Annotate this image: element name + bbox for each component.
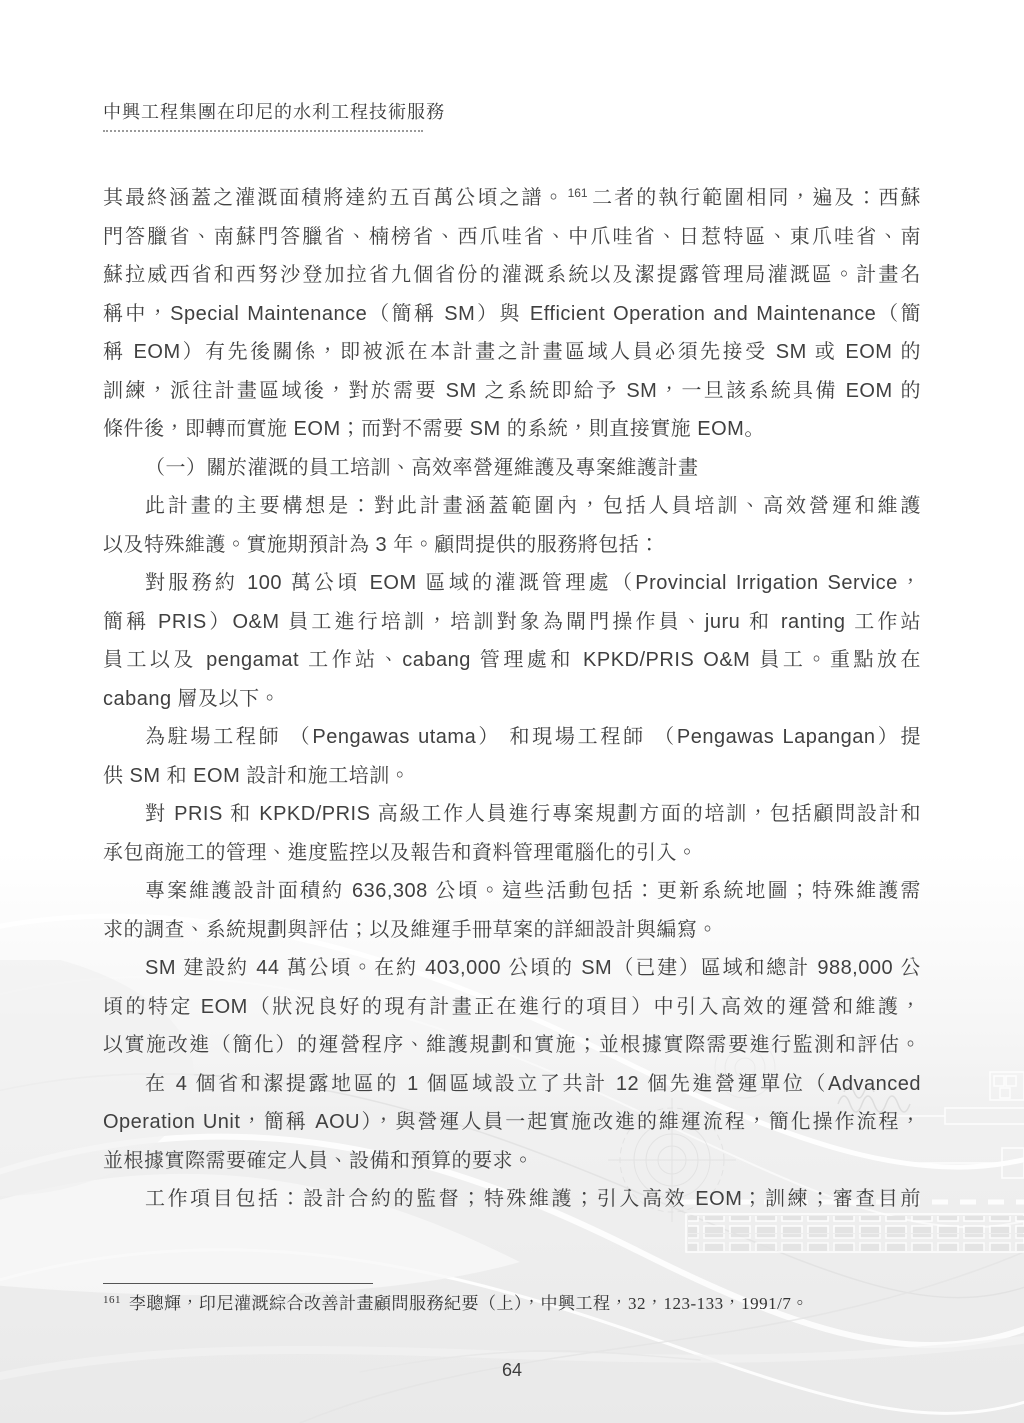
body-text: 其最終涵蓋之灌溉面積將達約五百萬公頃之譜。161二者的執行範圍相同，遍及：西蘇 … <box>103 179 921 1219</box>
footnote: 161李聰輝，印尼灌溉綜合改善計畫顧問服務紀要（上），中興工程，32，123-1… <box>103 1291 921 1317</box>
body-line: 此計畫的主要構想是：對此計畫涵蓋範圍內，包括人員培訓、高效營運和維護 <box>103 487 921 526</box>
body-line: 承包商施工的管理、進度監控以及報告和資料管理電腦化的引入。 <box>103 834 921 873</box>
footnote-marker: 161 <box>103 1294 121 1306</box>
body-line: 頃的特定 EOM（狀況良好的現有計畫正在進行的項目）中引入高效的運營和維護， <box>103 988 921 1027</box>
body-line: 求的調查、系統規劃與評估；以及維運手冊草案的詳細設計與編寫。 <box>103 911 921 950</box>
section-heading: （一）關於灌溉的員工培訓、高效率營運維護及專案維護計畫 <box>103 449 921 488</box>
footnote-reference: 161 <box>568 186 588 200</box>
body-line: 工作項目包括：設計合約的監督；特殊維護；引入高效 EOM；訓練；審查目前 <box>103 1180 921 1219</box>
body-line: 蘇拉威西省和西努沙登加拉省九個省份的灌溉系統以及潔提露管理局灌溉區。計畫名 <box>103 256 921 295</box>
body-line: 訓練，派往計畫區域後，對於需要 SM 之系統即給予 SM，一旦該系統具備 EOM… <box>103 372 921 411</box>
body-line: 為駐場工程師 （Pengawas utama） 和現場工程師 （Pengawas… <box>103 718 921 757</box>
page-content: 中興工程集團在印尼的水利工程技術服務 其最終涵蓋之灌溉面積將達約五百萬公頃之譜。… <box>0 0 1024 1423</box>
body-line: 供 SM 和 EOM 設計和施工培訓。 <box>103 757 921 796</box>
body-line: 簡稱 PRIS）O&M 員工進行培訓，培訓對象為閘門操作員、juru 和 ran… <box>103 603 921 642</box>
footnote-text: 李聰輝，印尼灌溉綜合改善計畫顧問服務紀要（上），中興工程，32，123-133，… <box>129 1294 809 1313</box>
body-line: cabang 層及以下。 <box>103 680 921 719</box>
body-line: 其最終涵蓋之灌溉面積將達約五百萬公頃之譜。161二者的執行範圍相同，遍及：西蘇 <box>103 179 921 218</box>
header-dotted-rule <box>103 130 423 132</box>
page-number: 64 <box>0 1360 1024 1381</box>
body-line: SM 建設約 44 萬公頃。在約 403,000 公頃的 SM（已建）區域和總計… <box>103 949 921 988</box>
body-line: 並根據實際需要確定人員、設備和預算的要求。 <box>103 1142 921 1181</box>
body-line-text: 其最終涵蓋之灌溉面積將達約五百萬公頃之譜。 <box>103 187 566 209</box>
body-line: 以及特殊維護。實施期預計為 3 年。顧問提供的服務將包括： <box>103 526 921 565</box>
book-page: 中興工程集團在印尼的水利工程技術服務 其最終涵蓋之灌溉面積將達約五百萬公頃之譜。… <box>0 0 1024 1423</box>
footnote-divider <box>103 1283 373 1284</box>
body-line: 條件後，即轉而實施 EOM；而對不需要 SM 的系統，則直接實施 EOM。 <box>103 410 921 449</box>
running-header: 中興工程集團在印尼的水利工程技術服務 <box>103 98 445 132</box>
body-line: Operation Unit，簡稱 AOU），與營運人員一起實施改進的維運流程，… <box>103 1103 921 1142</box>
body-line: 以實施改進（簡化）的運營程序、維護規劃和實施；並根據實際需要進行監測和評估。 <box>103 1026 921 1065</box>
body-line-text: 二者的執行範圍相同，遍及：西蘇 <box>591 187 921 209</box>
body-line: 稱中，Special Maintenance（簡稱 SM）與 Efficient… <box>103 295 921 334</box>
body-line: 對 PRIS 和 KPKD/PRIS 高級工作人員進行專案規劃方面的培訓，包括顧… <box>103 795 921 834</box>
body-line: 員工以及 pengamat 工作站、cabang 管理處和 KPKD/PRIS … <box>103 641 921 680</box>
running-header-title: 中興工程集團在印尼的水利工程技術服務 <box>103 98 445 124</box>
body-line: 稱 EOM）有先後關係，即被派在本計畫之計畫區域人員必須先接受 SM 或 EOM… <box>103 333 921 372</box>
body-line: 在 4 個省和潔提露地區的 1 個區域設立了共計 12 個先進營運單位（Adva… <box>103 1065 921 1104</box>
body-line: 門答臘省、南蘇門答臘省、楠榜省、西爪哇省、中爪哇省、日惹特區、東爪哇省、南 <box>103 218 921 257</box>
body-line: 專案維護設計面積約 636,308 公頃。這些活動包括：更新系統地圖；特殊維護需 <box>103 872 921 911</box>
body-line: 對服務約 100 萬公頃 EOM 區域的灌溉管理處（Provincial Irr… <box>103 564 921 603</box>
